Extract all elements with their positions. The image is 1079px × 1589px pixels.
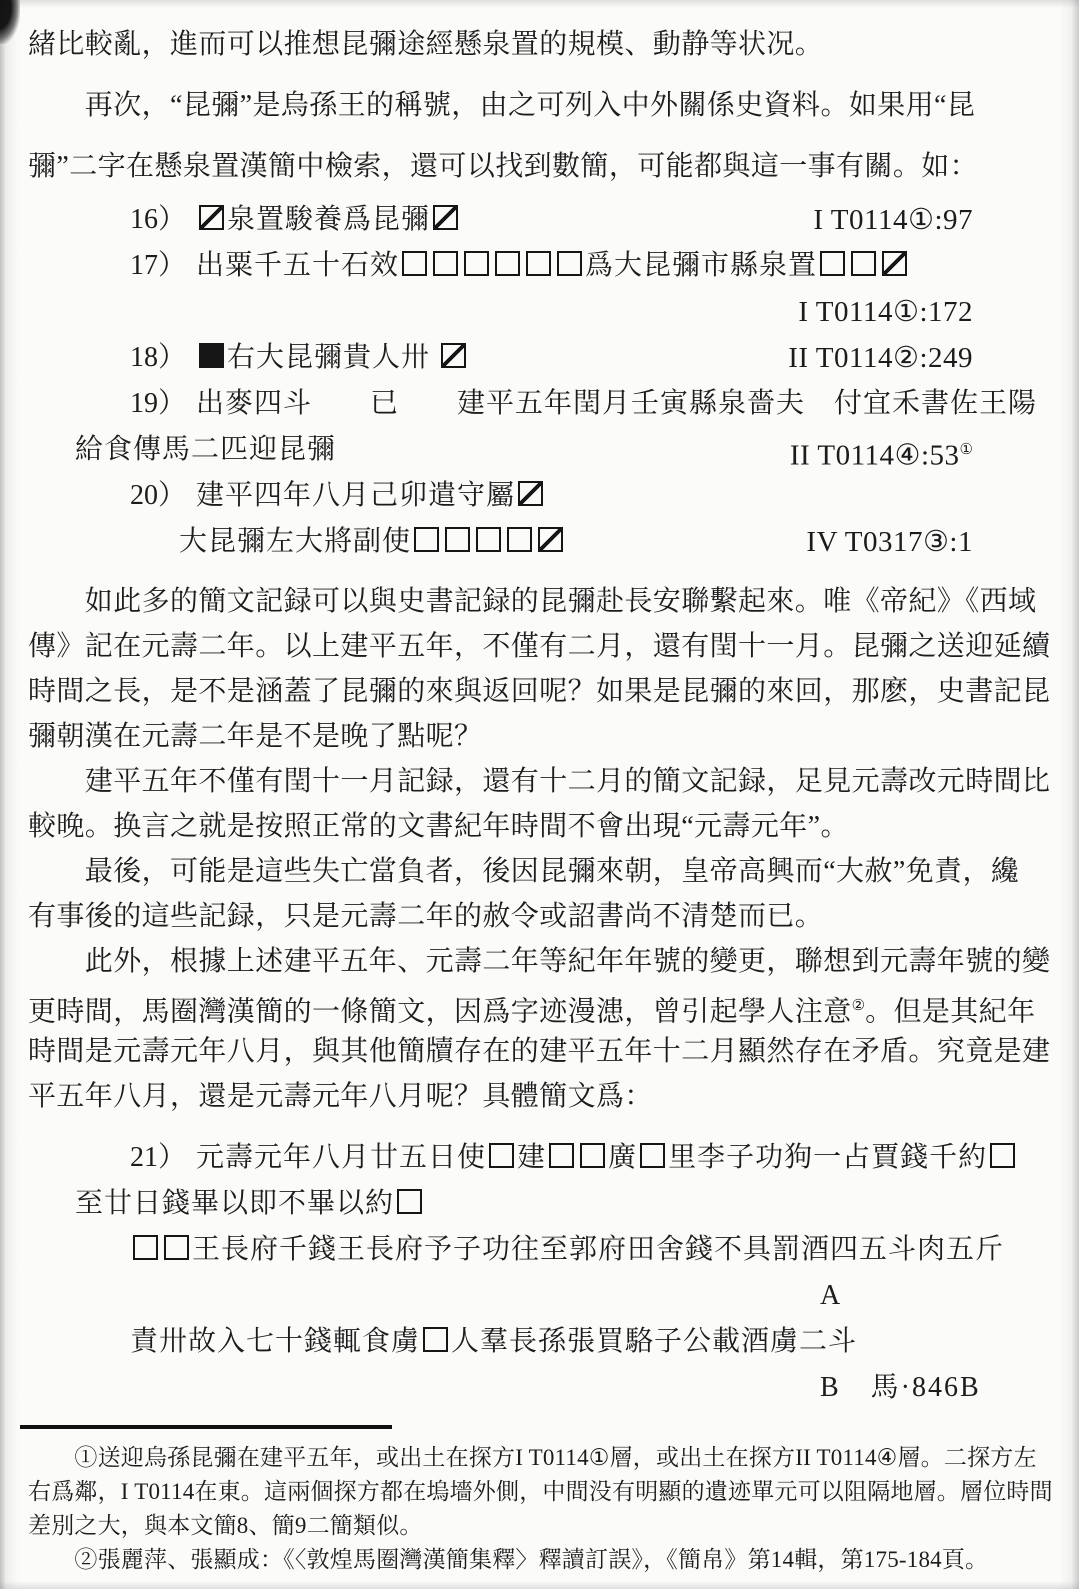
slip-text: A (820, 1280, 842, 1311)
slip-text: B 馬·846B (820, 1372, 981, 1403)
slip-quote-row: 17）出粟千五十石效爲大昆彌市縣泉置 (28, 243, 1053, 289)
missing-char-box-icon (489, 1143, 514, 1168)
slip-quote-row: 王長府千錢王長府予子功往至郭府田舍錢不具罰酒四五斗肉五斤 (28, 1227, 1053, 1273)
paragraph: 如此多的簡文記録可以與史書記録的昆彌赴長安聯繫起來。唯《帝紀》《西域傳》記在元壽… (28, 579, 1053, 1119)
body-line: 時間是元壽元年八月，與其他簡牘存在的建平五年十二月顯然存在矛盾。究竟是建 (28, 1029, 1053, 1074)
missing-char-box-icon (507, 527, 532, 552)
body-line: 有事後的這些記録，只是元壽二年的赦令或詔書尚不清楚而已。 (28, 894, 1053, 939)
item-number: 18） (130, 342, 186, 373)
damaged-slip-mark-icon (433, 205, 458, 230)
missing-char-box-icon (549, 1143, 574, 1168)
page-content: 緒比較亂，進而可以推想昆彌途經懸泉置的規模、動静等状况。 再次，“昆彌”是烏孫王… (28, 14, 1053, 1577)
slip-reference: II T0114④:53① (790, 427, 973, 479)
missing-char-box-icon (445, 527, 470, 552)
missing-char-box-icon (464, 251, 489, 276)
missing-char-box-icon (133, 1235, 158, 1260)
slip-text: 元壽元年八月廿五日使建廣里李子功狗一占賈錢千約 (196, 1142, 1018, 1173)
blackened-char-box-icon (199, 343, 224, 368)
item-number: 20） (130, 480, 186, 511)
missing-char-box-icon (397, 1189, 422, 1214)
slip-quote-row: B 馬·846B (28, 1365, 1053, 1411)
slip-quote-row: 18）右大昆彌貴人卅 II T0114②:249 (28, 335, 1053, 381)
slip-quote-row: A (28, 1273, 1053, 1319)
slip-text: 出粟千五十石效爲大昆彌市縣泉置 (196, 250, 910, 281)
slip-quote-row: 21）元壽元年八月廿五日使建廣里李子功狗一占賈錢千約 (28, 1135, 1053, 1181)
item-number: 17） (130, 250, 186, 281)
body-line: 更時間，馬圈灣漢簡的一條簡文，因爲字迹漫漶，曾引起學人注意②。但是其紀年 (28, 984, 1053, 1029)
slip-quote-row: 至廿日錢畢以即不畢以約 (28, 1181, 1053, 1227)
missing-char-box-icon (414, 527, 439, 552)
body-line: 最後，可能是這些失亡當負者，後因昆彌來朝，皇帝高興而“大赦”免責，纔 (28, 849, 1053, 894)
slip-quote-row: 20）建平四年八月己卯遣守屬 (28, 473, 1053, 519)
slip-text: 給食傳馬二匹迎昆彌 (75, 434, 336, 465)
slip-quote-row: 給食傳馬二匹迎昆彌II T0114④:53① (28, 427, 1053, 473)
body-line: 此外，根據上述建平五年、元壽二年等紀年年號的變更，聯想到元壽年號的變 (28, 939, 1053, 984)
body-line: 如此多的簡文記録可以與史書記録的昆彌赴長安聯繫起來。唯《帝紀》《西域 (28, 579, 1053, 624)
slip-text: 大昆彌左大將副使 (179, 526, 566, 557)
document-page: 緒比較亂，進而可以推想昆彌途經懸泉置的規模、動静等状况。 再次，“昆彌”是烏孫王… (0, 0, 1079, 1589)
damaged-slip-mark-icon (199, 205, 224, 230)
footnote-marker: ① (960, 442, 973, 458)
slip-quote-block: 21）元壽元年八月廿五日使建廣里李子功狗一占賈錢千約至廿日錢畢以即不畢以約王長府… (28, 1135, 1053, 1411)
footnote-line: 差別之大，與本文簡8、簡9二簡類似。 (28, 1509, 1053, 1543)
missing-char-box-icon (526, 251, 551, 276)
footnote-separator-rule (20, 1425, 392, 1429)
missing-char-box-icon (164, 1235, 189, 1260)
body-line: 平五年八月，還是元壽元年八月呢？具體簡文爲： (28, 1074, 1053, 1119)
item-number: 16） (130, 204, 186, 235)
slip-quote-row: 責卅故入七十錢輒食虜人羣長孫張買駱子公載酒虜二斗 (28, 1319, 1053, 1365)
footnote-line: ①送迎烏孫昆彌在建平五年，或出土在探方I T0114①層，或出土在探方II T0… (28, 1441, 1053, 1475)
slip-reference: I T0114①:172 (798, 289, 973, 335)
slip-text: 泉置駿養爲昆彌 (196, 204, 461, 235)
slip-text: 出麥四斗 已 建平五年閏月壬寅縣泉嗇夫 付宜禾書佐王陽 (196, 388, 1037, 419)
slip-reference: IV T0317③:1 (806, 519, 973, 565)
body-line: 較晚。换言之就是按照正常的文書紀年時間不會出現“元壽元年”。 (28, 804, 1053, 849)
damaged-slip-mark-icon (538, 527, 563, 552)
missing-char-box-icon (640, 1143, 665, 1168)
body-line: 彌”二字在懸泉置漢簡中檢索，還可以找到數簡，可能都與這一事有關。如： (28, 136, 1053, 197)
missing-char-box-icon (851, 251, 876, 276)
body-line: 彌朝漢在元壽二年是不是晚了點呢？ (28, 714, 1053, 759)
damaged-slip-mark-icon (518, 481, 543, 506)
body-line: 緒比較亂，進而可以推想昆彌途經懸泉置的規模、動静等状况。 (28, 14, 1053, 75)
missing-char-box-icon (557, 251, 582, 276)
missing-char-box-icon (433, 251, 458, 276)
slip-quote-row: 16）泉置駿養爲昆彌I T0114①:97 (28, 197, 1053, 243)
missing-char-box-icon (820, 251, 845, 276)
item-number: 19） (130, 388, 186, 419)
damaged-slip-mark-icon (441, 343, 466, 368)
slip-reference: I T0114①:97 (813, 197, 973, 243)
scan-corner-artifact (0, 0, 20, 44)
missing-char-box-icon (990, 1143, 1015, 1168)
footnote-line: ②張麗萍、張顯成：《〈敦煌馬圈灣漢簡集釋〉釋讀訂誤》，《簡帛》第14輯，第175… (28, 1543, 1053, 1577)
slip-quote-block: 16）泉置駿養爲昆彌I T0114①:9717）出粟千五十石效爲大昆彌市縣泉置I… (28, 197, 1053, 565)
missing-char-box-icon (423, 1327, 448, 1352)
slip-text: 責卅故入七十錢輒食虜人羣長孫張買駱子公載酒虜二斗 (130, 1326, 857, 1357)
missing-char-box-icon (495, 251, 520, 276)
body-line: 傳》記在元壽二年。以上建平五年，不僅有二月，還有閏十一月。昆彌之送迎延續 (28, 624, 1053, 669)
item-number: 21） (130, 1142, 186, 1173)
slip-text: 右大昆彌貴人卅 (196, 342, 469, 373)
slip-reference: II T0114②:249 (788, 335, 973, 381)
missing-char-box-icon (402, 251, 427, 276)
slip-text: 王長府千錢王長府予子功往至郭府田舍錢不具罰酒四五斗肉五斤 (130, 1234, 1004, 1265)
body-line: 再次，“昆彌”是烏孫王的稱號，由之可列入中外關係史資料。如果用“昆 (28, 75, 1053, 136)
slip-quote-row: 大昆彌左大將副使IV T0317③:1 (28, 519, 1053, 565)
footnote-line: 右爲鄰，I T0114在東。這兩個探方都在塢墻外側，中間没有明顯的遺迹單元可以阻… (28, 1475, 1053, 1509)
paragraph: 再次，“昆彌”是烏孫王的稱號，由之可列入中外關係史資料。如果用“昆彌”二字在懸泉… (28, 75, 1053, 197)
missing-char-box-icon (580, 1143, 605, 1168)
slip-quote-row: 19）出麥四斗 已 建平五年閏月壬寅縣泉嗇夫 付宜禾書佐王陽 (28, 381, 1053, 427)
slip-quote-row: I T0114①:172 (28, 289, 1053, 335)
footnotes-block: ①送迎烏孫昆彌在建平五年，或出土在探方I T0114①層，或出土在探方II T0… (28, 1441, 1053, 1577)
body-line: 建平五年不僅有閏十一月記録，還有十二月的簡文記録，足見元壽改元時間比 (28, 759, 1053, 804)
body-line: 時間之長，是不是涵蓋了昆彌的來與返回呢？如果是昆彌的來回，那麽，史書記昆 (28, 669, 1053, 714)
footnote-marker: ② (852, 998, 865, 1014)
slip-text: 建平四年八月己卯遣守屬 (196, 480, 546, 511)
damaged-slip-mark-icon (882, 251, 907, 276)
slip-text: 至廿日錢畢以即不畢以約 (75, 1188, 425, 1219)
missing-char-box-icon (476, 527, 501, 552)
paragraph: 緒比較亂，進而可以推想昆彌途經懸泉置的規模、動静等状况。 (28, 14, 1053, 75)
